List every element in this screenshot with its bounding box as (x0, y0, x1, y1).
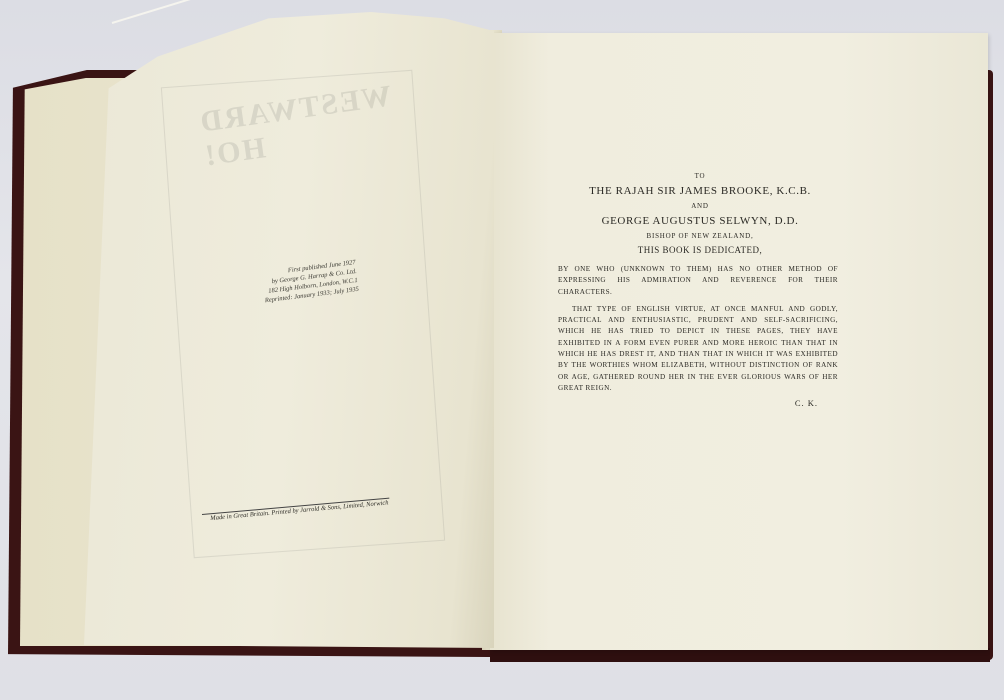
dedication-recipient-2-title: BISHOP OF NEW ZEALAND, (540, 230, 860, 243)
dedication-paragraph-2: THAT TYPE OF ENGLISH VIRTUE, AT ONCE MAN… (558, 304, 838, 394)
dedication-to: TO (540, 170, 860, 183)
dedication-statement: THIS BOOK IS DEDICATED, (540, 243, 860, 258)
dedication-and: AND (540, 200, 860, 213)
dedication-signature: C. K. (540, 398, 818, 408)
dedication-recipient-1: THE RAJAH SIR JAMES BROOKE, K.C.B. (540, 183, 860, 200)
dedication-recipient-2: GEORGE AUGUSTUS SELWYN, D.D. (540, 213, 860, 230)
dedication: TO THE RAJAH SIR JAMES BROOKE, K.C.B. AN… (540, 170, 860, 408)
dedication-paragraph-1: BY ONE WHO (UNKNOWN TO THEM) HAS NO OTHE… (558, 264, 838, 298)
cover-edge (490, 648, 990, 662)
